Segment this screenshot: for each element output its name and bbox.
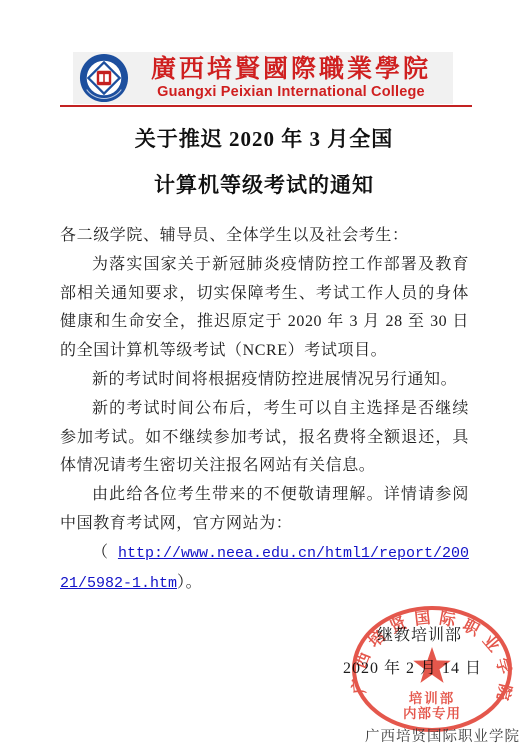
- page-footer-college-name: 广西培贤国际职业学院: [365, 725, 520, 746]
- signature-date: 2020 年 2 月 14 日: [343, 655, 482, 678]
- paragraph-3: 新的考试时间公布后，考生可以自主选择是否继续参加考试。如不继续参加考试，报名费将…: [60, 395, 469, 481]
- college-name-en: Guangxi Peixian International College: [129, 85, 453, 100]
- college-seal-logo-icon: [79, 53, 129, 103]
- paragraph-4: 由此给各位考生带来的不便敬请理解。详情请参阅中国教育考试网，官方网站为：: [60, 481, 469, 539]
- neea-report-link[interactable]: http://www.neea.edu.cn/html1/report/2002…: [60, 545, 469, 592]
- stamp-center-line2: 内部专用: [403, 705, 461, 721]
- stamp-center-line1: 培训部: [409, 690, 456, 706]
- link-prefix: （: [92, 544, 118, 561]
- college-name-zh: 廣西培賢國際職業學院: [129, 57, 453, 82]
- document-title: 关于推迟 2020 年 3 月全国 计算机等级考试的通知: [60, 116, 468, 208]
- document-body: 各二级学院、辅导员、全体学生以及社会考生： 为落实国家关于新冠肺炎疫情防控工作部…: [60, 222, 469, 598]
- header-banner: 廣西培賢國際職業學院 Guangxi Peixian International…: [73, 52, 453, 104]
- signature-department: 继教培训部: [377, 622, 462, 645]
- paragraph-2: 新的考试时间将根据疫情防控进展情况另行通知。: [60, 366, 469, 395]
- document-title-line1: 关于推迟 2020 年 3 月全国: [60, 116, 468, 162]
- college-name-block: 廣西培賢國際職業學院 Guangxi Peixian International…: [129, 57, 453, 100]
- paragraph-1: 为落实国家关于新冠肺炎疫情防控工作部署及教育部相关通知要求，切实保障考生、考试工…: [60, 251, 469, 366]
- header-divider: [60, 105, 472, 107]
- link-paragraph: （ http://www.neea.edu.cn/html1/report/20…: [60, 539, 469, 599]
- salutation: 各二级学院、辅导员、全体学生以及社会考生：: [60, 222, 469, 251]
- link-suffix: ）。: [177, 574, 202, 591]
- document-title-line2: 计算机等级考试的通知: [60, 162, 468, 208]
